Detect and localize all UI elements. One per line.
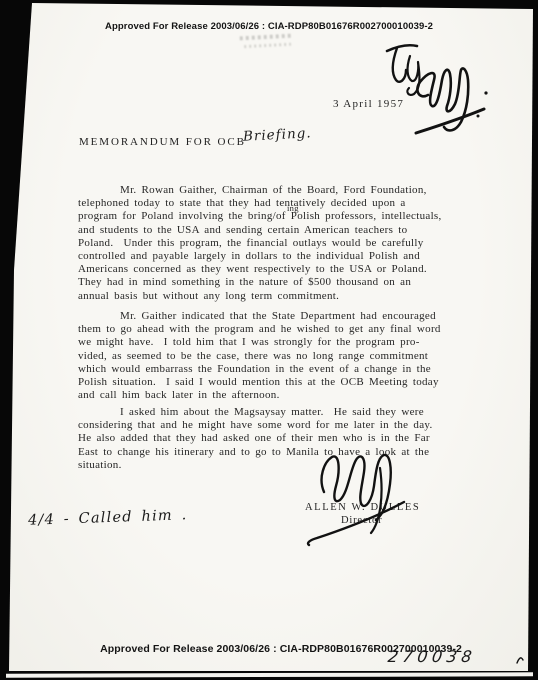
memo-line: Mr. Gaither indicated that the State Dep… <box>78 310 498 323</box>
memo-line: and call him back later in the afternoon… <box>78 389 498 402</box>
memo-line: They had in mind something in the nature… <box>78 276 498 289</box>
memo-line: I asked him about the Magsaysay matter. … <box>78 406 498 419</box>
memo-line: we might have. I told him that I was str… <box>78 336 498 349</box>
paragraph-2: Mr. Gaither indicated that the State Dep… <box>78 310 498 402</box>
scan-edge-sliver <box>6 672 533 677</box>
memo-line: He also added that they had asked one of… <box>78 432 498 445</box>
faint-stamp <box>240 32 293 53</box>
signature-name: ALLEN W. DULLES <box>305 502 420 513</box>
typed-insertion-ing: ing <box>287 203 299 213</box>
memo-line: Polish situation. I said I would mention… <box>78 376 498 389</box>
paragraph-3: I asked him about the Magsaysay matter. … <box>78 406 498 472</box>
memo-body: Mr. Rowan Gaither, Chairman of the Board… <box>78 184 498 484</box>
memo-line: which would embarrass the Foundation in … <box>78 363 498 376</box>
signature-title: Director <box>341 515 382 526</box>
memo-line: Americans concerned as they went respect… <box>78 263 498 276</box>
date-line: 3 April 1957 <box>333 98 404 110</box>
classification-banner-bottom: Approved For Release 2003/06/26 : CIA-RD… <box>12 643 538 655</box>
memo-line: controlled and payable largely in dollar… <box>78 250 498 263</box>
memo-line: considering that and he might have some … <box>78 419 498 432</box>
paragraph-1: Mr. Rowan Gaither, Chairman of the Board… <box>78 184 498 303</box>
memo-line: East to change his itinerary and to go t… <box>78 446 498 459</box>
memo-line: Poland. Under this program, the financia… <box>78 237 498 250</box>
memo-line: Mr. Rowan Gaither, Chairman of the Board… <box>78 184 498 197</box>
classification-banner-top: Approved For Release 2003/06/26 : CIA-RD… <box>0 21 538 32</box>
memo-line: them to go ahead with the program and he… <box>78 323 498 336</box>
memo-line: vided, as seemed to be the case, there w… <box>78 350 498 363</box>
memo-heading: MEMORANDUM FOR OCB <box>79 136 246 148</box>
memo-line: annual basis but without any long term c… <box>78 290 498 303</box>
memo-line: and students to the USA and sending cert… <box>78 224 498 237</box>
scanned-memo: Approved For Release 2003/06/26 : CIA-RD… <box>0 0 538 680</box>
memo-line: situation. <box>78 459 498 472</box>
